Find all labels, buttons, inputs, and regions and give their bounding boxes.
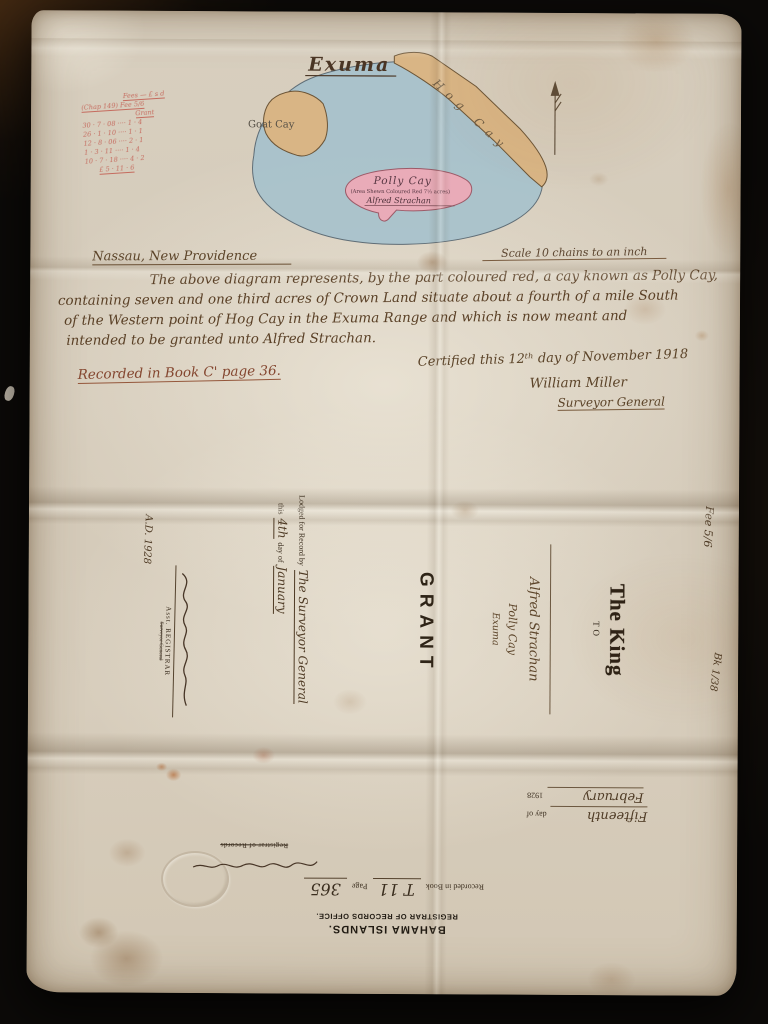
fee-annotation: Fee 5/6 bbox=[699, 506, 716, 571]
exuma-map: Exuma Goat Cay Hog Cay Polly Cay (Area S… bbox=[235, 47, 572, 263]
dust-speck bbox=[3, 385, 16, 402]
the-king-label: The King bbox=[604, 560, 630, 700]
day-of-label: day of bbox=[526, 810, 546, 819]
document-sheet: Fees — £ s d (Chap 149) Fee 5/6 Grant 30… bbox=[26, 10, 741, 996]
records-office-stamp: BAHAMA ISLANDS. REGISTRAR OF RECORDS OFF… bbox=[305, 912, 469, 936]
polly-cay-label: Polly Cay bbox=[373, 175, 432, 187]
page-label: Page bbox=[352, 882, 368, 891]
cover-grantee-block: Alfred Strachan Polly Cay Exuma bbox=[489, 544, 551, 714]
cover-title: The King TO bbox=[591, 560, 630, 700]
polly-owner-label: Alfred Strachan bbox=[366, 196, 431, 205]
recorded-book-note: Recorded in Book C' page 36. bbox=[78, 363, 282, 384]
lodged-by: The Surveyor General bbox=[293, 570, 310, 704]
place-line: Nassau, New Providence bbox=[92, 249, 291, 266]
recorded-in-label: Recorded in Book bbox=[426, 882, 484, 891]
north-arrow-icon bbox=[550, 81, 561, 155]
book-annotation: Bk 1/38 bbox=[703, 652, 723, 723]
photo-background: Fees — £ s d (Chap 149) Fee 5/6 Grant 30… bbox=[0, 0, 768, 1024]
grantee-name: Alfred Strachan bbox=[525, 544, 541, 714]
to-label: TO bbox=[591, 560, 602, 700]
day-of-label: day of bbox=[276, 542, 285, 562]
certified-line: Certified this 12ᵗʰ day of November 1918 bbox=[418, 347, 689, 370]
this-label: this bbox=[276, 503, 285, 515]
recording-date-block: Fifteenth day of February 1928 bbox=[442, 788, 647, 823]
surveyor-signature: William Miller bbox=[530, 374, 627, 391]
goat-cay-label: Goat Cay bbox=[248, 119, 295, 130]
office-line2: REGISTRAR OF RECORDS OFFICE. bbox=[305, 912, 469, 922]
lodged-day: 4th bbox=[273, 518, 289, 538]
recording-day: Fifteenth bbox=[551, 806, 648, 824]
grantee-island: Exuma bbox=[489, 544, 501, 714]
asst-registrar-signature bbox=[173, 571, 196, 711]
rule-line bbox=[549, 544, 551, 714]
lodged-prefix: Lodged for Record by bbox=[297, 495, 306, 566]
page-value: 365 bbox=[304, 878, 347, 899]
recorded-in-book-line: Recorded in Book T 11 Page 365 bbox=[179, 879, 484, 900]
office-line1: BAHAMA ISLANDS. bbox=[305, 923, 469, 936]
fee-line: Grant bbox=[135, 108, 155, 118]
lodged-block: Lodged for Record by The Surveyor Genera… bbox=[274, 495, 310, 743]
recording-month: February bbox=[547, 787, 643, 805]
grantee-cay: Polly Cay bbox=[505, 544, 519, 714]
recording-year: 1928 bbox=[527, 791, 543, 800]
registrar-signature-block: Registrar of Records bbox=[175, 841, 333, 875]
lodged-year: A.D. 1928 bbox=[140, 514, 154, 598]
fee-calculations: Fees — £ s d (Chap 149) Fee 5/6 Grant 30… bbox=[80, 87, 211, 176]
fee-total: £ 5 · 11 · 6 bbox=[99, 164, 135, 175]
lodged-month: January bbox=[273, 566, 289, 613]
asst-registrar-block: Asst. REGISTRAR Surveyor General bbox=[156, 565, 196, 718]
polly-area-note: (Area Shewn Coloured Red 7⅓ acres) bbox=[351, 188, 450, 196]
registrar-signature bbox=[189, 854, 319, 875]
lower-fold-crease bbox=[28, 732, 738, 778]
certificate-body: The above diagram represents, by the par… bbox=[58, 265, 727, 351]
surveyor-title: Surveyor General bbox=[557, 395, 665, 411]
upper-fold-crease bbox=[29, 486, 739, 528]
registrar-title: Registrar of Records bbox=[175, 841, 333, 850]
grant-heading: GRANT bbox=[414, 564, 437, 682]
book-value: T 11 bbox=[372, 878, 420, 899]
map-scale-note: Scale 10 chains to an inch bbox=[482, 245, 666, 261]
map-title: Exuma bbox=[307, 54, 390, 76]
